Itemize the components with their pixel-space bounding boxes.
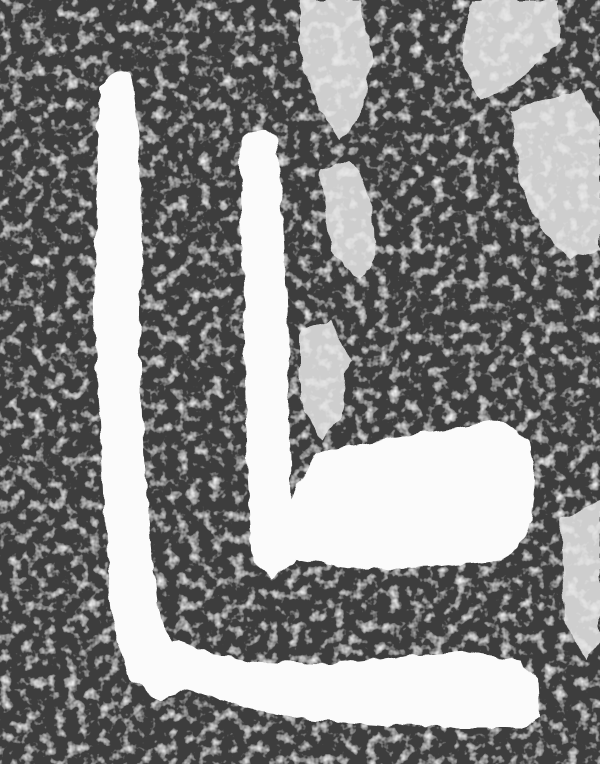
inscription-rubbing [0, 0, 600, 764]
